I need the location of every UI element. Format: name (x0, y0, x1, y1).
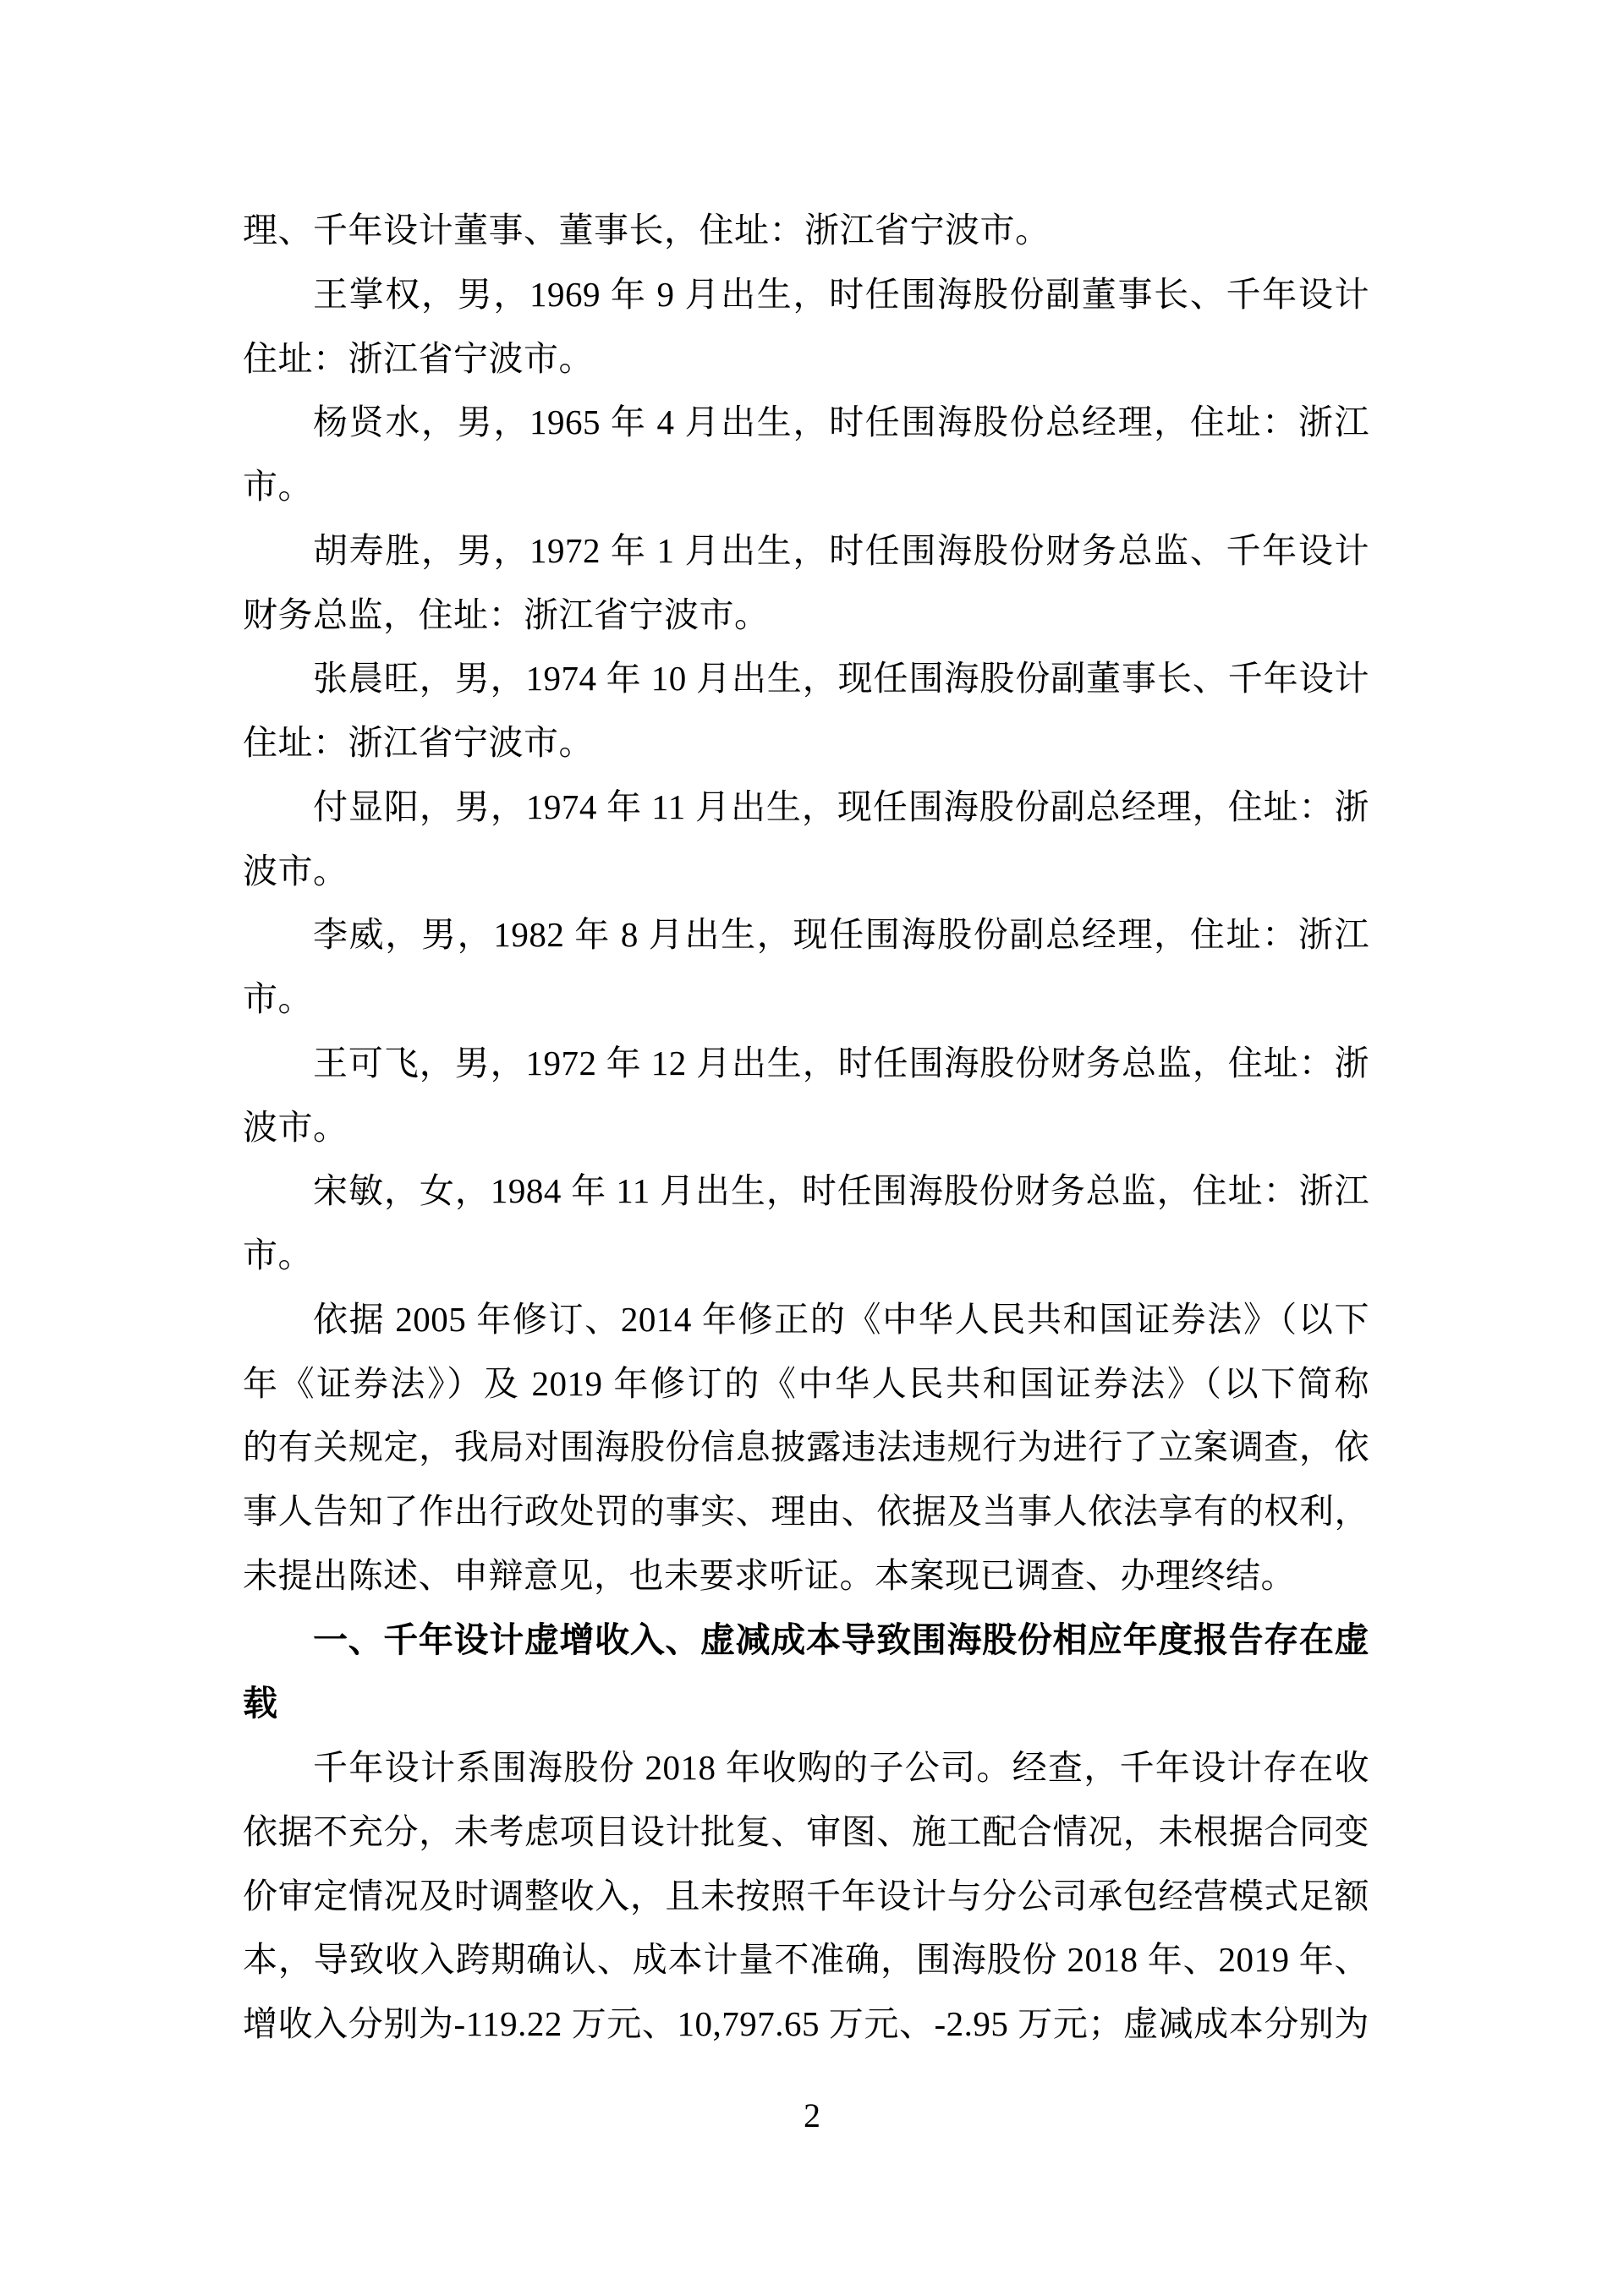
section-heading-line: 载 (243, 1672, 1369, 1736)
text-line: 增收入分别为-119.22 万元、10,797.65 万元、-2.95 万元；虚… (243, 1992, 1369, 2057)
text-line: 事人告知了作出行政处罚的事实、理由、依据及当事人依法享有的权利，当事人 (243, 1480, 1369, 1544)
text-line: 市。 (243, 455, 1369, 519)
text-line: 住址：浙江省宁波市。 (243, 327, 1369, 392)
text-line: 市。 (243, 1224, 1369, 1288)
text-line: 张晨旺，男，1974 年 10 月出生，现任围海股份副董事长、千年设计董事， (243, 647, 1369, 711)
section-heading-line: 一、千年设计虚增收入、虚减成本导致围海股份相应年度报告存在虚假记 (243, 1608, 1369, 1673)
text-line: 依据不充分，未考虑项目设计批复、审图、施工配合情况，未根据合同变更、造 (243, 1800, 1369, 1865)
text-line: 理、千年设计董事、董事长，住址：浙江省宁波市。 (243, 199, 1369, 263)
text-line: 李威，男，1982 年 8 月出生，现任围海股份副总经理，住址：浙江省宁波 (243, 903, 1369, 967)
text-line: 付显阳，男，1974 年 11 月出生，现任围海股份副总经理，住址：浙江省宁 (243, 775, 1369, 840)
page-number: 2 (0, 2091, 1624, 2141)
text-line: 胡寿胜，男，1972 年 1 月出生，时任围海股份财务总监、千年设计董事、 (243, 519, 1369, 584)
text-line: 王掌权，男，1969 年 9 月出生，时任围海股份副董事长、千年设计董事， (243, 263, 1369, 327)
text-line: 财务总监，住址：浙江省宁波市。 (243, 584, 1369, 648)
text-line: 未提出陈述、申辩意见，也未要求听证。本案现已调查、办理终结。 (243, 1544, 1369, 1608)
text-line: 波市。 (243, 1096, 1369, 1160)
text-line: 本，导致收入跨期确认、成本计量不准确，围海股份 2018 年、2019 年、20… (243, 1928, 1369, 1992)
text-line: 王可飞，男，1972 年 12 月出生，时任围海股份财务总监，住址：浙江省宁 (243, 1032, 1369, 1096)
text-line: 依据 2005 年修订、2014 年修正的《中华人民共和国证券法》（以下简称 2… (243, 1288, 1369, 1352)
document-page: 理、千年设计董事、董事长，住址：浙江省宁波市。王掌权，男，1969 年 9 月出… (0, 0, 1624, 2296)
text-line: 杨贤水，男，1965 年 4 月出生，时任围海股份总经理，住址：浙江省宁波 (243, 391, 1369, 455)
text-line: 宋敏，女，1984 年 11 月出生，时任围海股份财务总监，住址：浙江省宁波 (243, 1159, 1369, 1224)
text-line: 波市。 (243, 840, 1369, 904)
text-line: 千年设计系围海股份 2018 年收购的子公司。经查，千年设计存在收入确认 (243, 1736, 1369, 1800)
document-lines: 理、千年设计董事、董事长，住址：浙江省宁波市。王掌权，男，1969 年 9 月出… (243, 199, 1369, 2057)
text-line: 住址：浙江省宁波市。 (243, 711, 1369, 775)
text-line: 年《证券法》）及 2019 年修订的《中华人民共和国证券法》（以下简称《证券法》… (243, 1352, 1369, 1417)
text-line: 市。 (243, 967, 1369, 1032)
text-line: 的有关规定，我局对围海股份信息披露违法违规行为进行了立案调查，依法向当 (243, 1416, 1369, 1480)
text-line: 价审定情况及时调整收入，且未按照千年设计与分公司承包经营模式足额确认成 (243, 1865, 1369, 1929)
